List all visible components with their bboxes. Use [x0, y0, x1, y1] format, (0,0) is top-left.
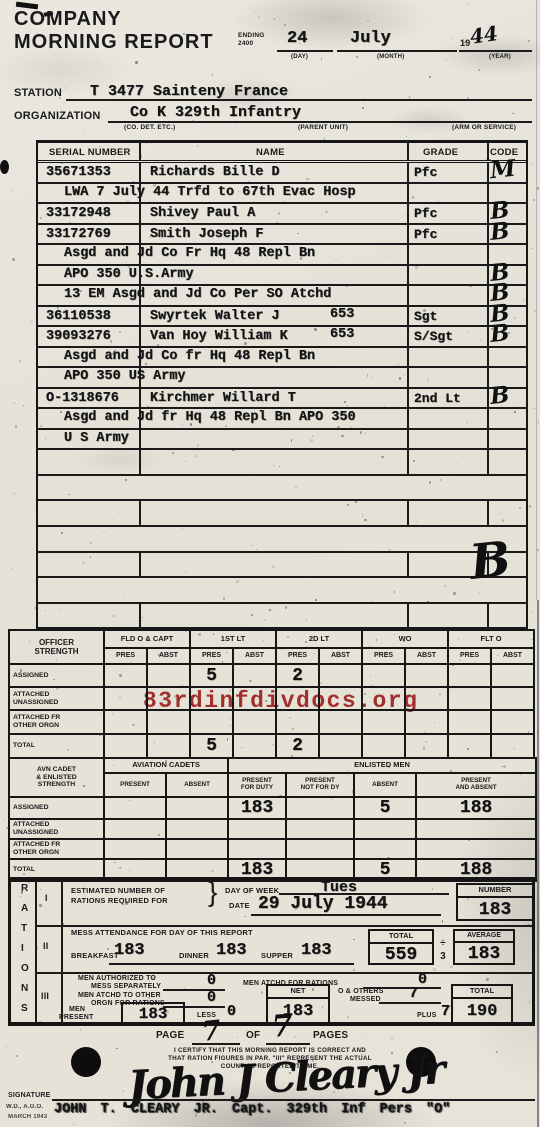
paper-speckle — [23, 405, 24, 406]
grade: Pfc — [414, 207, 437, 220]
blank-line — [379, 1002, 441, 1004]
enlisted-strength-value: 183 — [228, 797, 286, 819]
roster-row-entry: 39093276Van Hoy William K653S/SgtB — [38, 327, 526, 348]
column-divider — [139, 604, 141, 628]
paper-speckle — [80, 1029, 81, 1030]
paper-speckle — [16, 1055, 18, 1057]
estimated-rations-label-1: ESTIMATED NUMBER OF — [71, 887, 165, 895]
pres-abst-header: PRES — [362, 648, 405, 664]
column-divider — [407, 501, 409, 525]
rations-side-letter: A — [21, 904, 28, 914]
column-divider — [139, 307, 141, 326]
paper-speckle — [12, 258, 14, 260]
paper-speckle — [537, 187, 539, 189]
paper-speckle — [135, 61, 138, 64]
paper-speckle — [356, 56, 358, 59]
page-number: 7 — [201, 1017, 223, 1046]
others-messed-label-1: O & OTHERS — [338, 988, 384, 995]
serial-number: 35671353 — [46, 166, 111, 180]
officer-strength-value — [233, 734, 276, 758]
roster-row-continuation: 13 EM Asgd and Jd Co Per SO AtchdB — [38, 286, 526, 307]
grade: S/Sgt — [414, 330, 453, 343]
paper-speckle — [429, 76, 431, 78]
officer-strength-value — [276, 687, 319, 710]
paper-speckle — [528, 40, 529, 42]
serial-number: 39093276 — [46, 330, 111, 344]
rations-side-letter: R — [21, 884, 28, 894]
enlisted-column-header: ABSENT — [166, 773, 228, 797]
month-blank-line — [337, 50, 457, 52]
day-sublabel: (DAY) — [291, 54, 308, 60]
others-messed-label-2: MESSED — [350, 996, 381, 1003]
number-box-value: 183 — [458, 898, 532, 920]
paper-speckle — [321, 58, 322, 59]
divide-by-three: ÷ 3 — [437, 937, 449, 963]
soldier-name: Shivey Paul A — [150, 207, 255, 221]
report-year: 44 — [469, 23, 499, 47]
officer-strength-value: 5 — [190, 734, 233, 758]
column-divider — [139, 450, 141, 474]
officer-row-label: ATTACHED FROTHER ORGN — [9, 710, 104, 734]
report-month: July — [350, 30, 391, 47]
roster-row-empty — [38, 501, 526, 527]
enlisted-men-header: ENLISTED MEN — [228, 758, 536, 773]
officer-strength-value — [491, 710, 534, 734]
paper-speckle — [65, 87, 67, 89]
pres-abst-header: PRES — [190, 648, 233, 664]
pres-abst-header: ABST — [405, 648, 448, 664]
roster-row-entry: 36110538Swyrtek Walter J653SgtB — [38, 307, 526, 328]
ending-label: ENDING — [238, 33, 264, 40]
column-divider — [139, 204, 141, 223]
men-present-label-2: PRESENT — [59, 1014, 93, 1021]
officer-strength-value — [104, 710, 147, 734]
column-divider — [407, 266, 409, 285]
plus-label: PLUS — [417, 1012, 436, 1019]
column-divider — [407, 604, 409, 628]
paper-speckle — [254, 11, 255, 12]
code-handwritten: B — [489, 219, 511, 244]
meals-underline — [109, 963, 354, 965]
enlisted-strength-value: 5 — [354, 797, 416, 819]
paper-speckle — [14, 402, 15, 403]
pages-total: 7 — [271, 1011, 294, 1042]
scan-edge-line — [536, 0, 537, 600]
form-title-line1: COMPANY — [14, 9, 122, 29]
officer-strength-value — [362, 687, 405, 710]
column-divider — [487, 348, 489, 367]
paper-speckle — [11, 190, 13, 191]
grade: Pfc — [414, 228, 437, 241]
officer-strength-value — [147, 710, 190, 734]
column-divider — [487, 501, 489, 525]
column-divider — [139, 389, 141, 408]
paper-speckle — [19, 360, 22, 362]
paper-speckle — [532, 164, 533, 165]
rations-section: RATIONS I II III ESTIMATED NUMBER OF RAT… — [8, 877, 535, 1026]
remark-text: LWA 7 July 44 Trfd to 67th Evac Hosp — [64, 186, 356, 200]
paper-speckle — [406, 136, 407, 137]
rations-numeral-2: II — [43, 942, 48, 951]
rations-side-letter: S — [21, 1004, 28, 1014]
officer-strength-value — [190, 710, 233, 734]
enlisted-strength-value — [104, 819, 166, 839]
paper-speckle — [532, 612, 533, 613]
column-divider — [407, 225, 409, 244]
station-value: T 3477 Sainteny France — [90, 84, 288, 99]
scan-artifact-mark — [0, 160, 9, 174]
roster-header-row: SERIAL NUMBER NAME GRADE CODE — [38, 143, 526, 163]
soldier-name: Kirchmer Willard T — [150, 392, 296, 406]
roster-row-empty — [38, 578, 526, 604]
rations-numeral-1: I — [45, 894, 48, 903]
code-handwritten: M — [489, 157, 517, 183]
paper-speckle — [116, 1048, 118, 1050]
officer-strength-value: 5 — [190, 664, 233, 687]
paper-speckle — [538, 421, 540, 423]
enlisted-strength-value — [228, 819, 286, 839]
signature-line — [52, 1099, 535, 1101]
officer-strength-value — [104, 734, 147, 758]
column-divider — [407, 450, 409, 474]
paper-speckle — [533, 199, 535, 201]
punch-hole-left — [71, 1047, 101, 1077]
officer-strength-value — [448, 687, 491, 710]
code-handwritten: B — [468, 535, 513, 587]
roster-row-entry: 35671353Richards Bille DPfcM — [38, 163, 526, 184]
officer-strength-value — [362, 664, 405, 687]
paper-speckle — [364, 1038, 365, 1039]
supper-label: SUPPER — [261, 952, 293, 960]
officer-strength-value — [147, 734, 190, 758]
enlisted-strength-value — [166, 819, 228, 839]
paper-speckle — [391, 1037, 393, 1039]
plus-value: 7 — [441, 1004, 450, 1019]
officer-group-header: 1ST LT — [190, 630, 276, 648]
year-prefix: 19 — [460, 39, 470, 48]
column-divider — [487, 409, 489, 428]
roster-row-empty — [38, 476, 526, 502]
enlisted-column-header: PRESENTNOT FOR DY — [286, 773, 354, 797]
mess-total-label: TOTAL — [370, 931, 432, 944]
paper-speckle — [496, 1051, 497, 1053]
column-divider — [407, 143, 409, 160]
atchd-for-rations-value: 0 — [418, 972, 427, 987]
roster-row-continuation: Asgd and Jd Co fr Hq 48 Repl Bn — [38, 348, 526, 369]
enlisted-strength-corner-label: AVN CADET& ENLISTEDSTRENGTH — [9, 758, 104, 797]
paper-speckle — [212, 74, 214, 76]
pres-abst-header: ABST — [233, 648, 276, 664]
station-label: STATION — [14, 88, 62, 99]
col-header-grade: GRADE — [423, 148, 458, 158]
rations-side-letter: T — [21, 924, 27, 934]
enlisted-strength-value — [166, 839, 228, 859]
paper-speckle — [452, 38, 453, 39]
column-divider — [407, 430, 409, 449]
soldier-name: Swyrtek Walter J — [150, 310, 280, 324]
officer-strength-value — [405, 710, 448, 734]
number-box-label: NUMBER — [458, 885, 532, 898]
men-present-label-1: MEN — [69, 1006, 85, 1013]
enlisted-row-label: ATTACHED FROTHER ORGN — [9, 839, 104, 859]
officer-group-header: 2D LT — [276, 630, 362, 648]
enlisted-column-header: ABSENT — [354, 773, 416, 797]
paper-speckle — [4, 820, 6, 821]
paper-speckle — [537, 549, 539, 551]
enlisted-strength-value — [104, 839, 166, 859]
roster-row-empty: B — [38, 553, 526, 579]
of-label: OF — [246, 1031, 260, 1041]
rations-date-value: 29 July 1944 — [258, 895, 388, 913]
serial-number: 33172948 — [46, 207, 111, 221]
organization-blank-line — [108, 121, 532, 123]
roster-row-continuation: Asgd and Jd Co Fr Hq 48 Repl Bn — [38, 245, 526, 266]
paper-speckle — [367, 20, 369, 22]
paper-speckle — [258, 16, 260, 18]
rations-total-box: TOTAL 190 — [451, 984, 513, 1024]
paper-speckle — [34, 507, 35, 508]
org-sublabel-parent: (PARENT UNIT) — [298, 125, 348, 132]
serial-number: O-1318676 — [46, 392, 119, 406]
supper-value: 183 — [301, 942, 332, 959]
enlisted-row-label: ATTACHEDUNASSIGNED — [9, 819, 104, 839]
page-label: PAGE — [156, 1031, 184, 1041]
enlisted-strength-value — [286, 839, 354, 859]
mess-separately-value: 0 — [207, 973, 216, 988]
paper-speckle — [478, 69, 480, 71]
day-blank-line — [277, 50, 333, 52]
grade: Pfc — [414, 166, 437, 179]
roster-table: SERIAL NUMBER NAME GRADE CODE 35671353Ri… — [36, 140, 528, 629]
code-handwritten: B — [489, 383, 511, 408]
paper-speckle — [5, 1046, 6, 1047]
grade: Sgt — [414, 310, 437, 323]
form-reference-2: MARCH 1943 — [8, 1114, 47, 1120]
rations-total-label: TOTAL — [453, 986, 511, 999]
paper-speckle — [237, 1037, 238, 1038]
officer-strength-value — [319, 687, 362, 710]
breakfast-value: 183 — [114, 942, 145, 959]
paper-speckle — [404, 1122, 405, 1123]
paper-speckle — [529, 460, 530, 461]
officer-strength-value — [147, 687, 190, 710]
remark-text: APO 350 U.S.Army — [64, 268, 194, 282]
paper-speckle — [122, 1090, 124, 1093]
mess-total-value: 559 — [370, 944, 432, 965]
aviation-cadets-header: AVIATION CADETS — [104, 758, 228, 773]
officer-group-header: FLD O & CAPT — [104, 630, 190, 648]
net-label: NET — [268, 986, 328, 999]
officer-strength-value — [362, 734, 405, 758]
estimated-rations-label-2: RATIONS REQUIRED FOR — [71, 897, 168, 905]
morning-report-document: COMPANY MORNING REPORT ENDING 2400 24 Ju… — [0, 0, 540, 1127]
enlisted-column-header: PRESENT — [104, 773, 166, 797]
paper-speckle — [294, 1036, 296, 1038]
officer-strength-corner-label: OFFICERSTRENGTH — [9, 630, 104, 664]
paper-speckle — [31, 320, 33, 323]
paper-speckle — [236, 123, 237, 124]
column-divider — [407, 327, 409, 346]
soldier-name: Smith Joseph F — [150, 228, 263, 242]
enlisted-strength-value — [354, 819, 416, 839]
officer-row-label: TOTAL — [9, 734, 104, 758]
serial-number: 36110538 — [46, 310, 111, 324]
remark-text: APO 350 US Army — [64, 370, 186, 384]
grade: 2nd Lt — [414, 392, 461, 405]
officer-strength-value — [276, 710, 319, 734]
column-divider — [407, 368, 409, 387]
enlisted-strength-value — [104, 797, 166, 819]
code-handwritten: B — [489, 321, 511, 346]
officer-group-header: FLT O — [448, 630, 534, 648]
column-divider — [139, 163, 141, 182]
enlisted-strength-value — [416, 819, 536, 839]
organization-label: ORGANIZATION — [14, 111, 101, 122]
remark-text: 13 EM Asgd and Jd Co Per SO Atchd — [64, 288, 331, 302]
paper-speckle — [55, 55, 56, 56]
rations-row-divider — [35, 925, 532, 927]
column-divider — [407, 389, 409, 408]
pres-abst-header: PRES — [276, 648, 319, 664]
paper-speckle — [446, 59, 447, 60]
enlisted-strength-table: AVN CADET& ENLISTEDSTRENGTHAVIATION CADE… — [8, 757, 537, 882]
column-divider — [139, 327, 141, 346]
paper-speckle — [84, 135, 85, 136]
ending-time: 2400 — [238, 41, 253, 48]
report-day: 24 — [287, 30, 307, 47]
paper-speckle — [12, 568, 14, 569]
brace-glyph: } — [208, 878, 218, 906]
column-divider — [139, 553, 141, 577]
mess-separately-label-1: MEN AUTHORIZED TO — [78, 975, 156, 982]
enlisted-strength-value — [354, 839, 416, 859]
organization-value: Co K 329th Infantry — [130, 105, 301, 120]
column-divider — [487, 604, 489, 628]
paper-speckle — [15, 425, 18, 427]
paper-speckle — [10, 548, 11, 550]
column-divider — [407, 286, 409, 305]
less-value: 0 — [227, 1004, 236, 1019]
paper-speckle — [532, 248, 533, 249]
paper-speckle — [362, 107, 364, 109]
enlisted-strength-value: 188 — [416, 797, 536, 819]
form-reference-1: W.D., A.G.O. — [6, 1104, 43, 1110]
rations-side-letter: N — [21, 984, 28, 994]
officer-strength-value — [405, 687, 448, 710]
station-blank-line — [66, 99, 532, 101]
dinner-value: 183 — [216, 942, 247, 959]
column-divider — [407, 204, 409, 223]
roster-row-entry: O-1318676Kirchmer Willard T2nd LtB — [38, 389, 526, 410]
pres-abst-header: PRES — [448, 648, 491, 664]
rations-numeral-3: III — [41, 992, 49, 1001]
officer-strength-value: 2 — [276, 734, 319, 758]
remark-text: Asgd and Jd Co Fr Hq 48 Repl Bn — [64, 247, 315, 261]
roster-row-entry: 33172769Smith Joseph FPfcB — [38, 225, 526, 246]
roster-row-empty — [38, 450, 526, 476]
officer-strength-value — [448, 710, 491, 734]
breakfast-label: BREAKFAST — [71, 952, 119, 960]
officer-strength-value — [405, 664, 448, 687]
enlisted-column-header: PRESENTAND ABSENT — [416, 773, 536, 797]
average-value: 183 — [455, 943, 513, 964]
rations-side-letter: O — [21, 964, 29, 974]
officer-strength-value — [147, 664, 190, 687]
scan-edge-line — [537, 600, 539, 1127]
org-sublabel-arm: (ARM OR SERVICE) — [452, 125, 516, 132]
roster-row-empty — [38, 604, 526, 630]
roster-row-entry: 33172948Shivey Paul APfcB — [38, 204, 526, 225]
column-divider — [139, 225, 141, 244]
soldier-name: Richards Bille D — [150, 166, 280, 180]
soldier-name: Van Hoy William K — [150, 330, 288, 344]
column-divider — [407, 163, 409, 182]
rations-letter-divider — [35, 880, 37, 1022]
signature-typed-name: JOHN T. CLEARY JR. Capt. 329th Inf Pers … — [54, 1103, 450, 1117]
pages-label: PAGES — [313, 1031, 348, 1041]
remark-text: Asgd and Jd Co fr Hq 48 Repl Bn — [64, 350, 315, 364]
roster-row-continuation: Asgd and Jd fr Hq 48 Repl Bn APO 350 — [38, 409, 526, 430]
paper-speckle — [197, 1039, 198, 1040]
year-blank-line — [459, 50, 532, 52]
enlisted-strength-value — [416, 839, 536, 859]
rations-row-divider — [35, 972, 532, 974]
paper-speckle — [467, 3, 468, 4]
roster-row-continuation: APO 350 U.S.ArmyB — [38, 266, 526, 287]
mess-separately-label-2: MESS SEPARATELY — [91, 983, 161, 990]
officer-group-header: WO — [362, 630, 448, 648]
officer-row-label: ATTACHEDUNASSIGNED — [9, 687, 104, 710]
roster-rows: 35671353Richards Bille DPfcMLWA 7 July 4… — [38, 163, 526, 630]
column-divider — [487, 450, 489, 474]
column-divider — [487, 430, 489, 449]
dinner-label: DINNER — [179, 952, 209, 960]
mess-total-box: TOTAL 559 — [368, 929, 434, 965]
remark-text: Asgd and Jd fr Hq 48 Repl Bn APO 350 — [64, 411, 356, 425]
officer-strength-value — [405, 734, 448, 758]
officer-strength-value — [362, 710, 405, 734]
rations-side-letter: I — [21, 944, 24, 954]
enlisted-strength-value — [286, 797, 354, 819]
column-divider — [139, 501, 141, 525]
officer-strength-value — [233, 664, 276, 687]
column-divider — [407, 184, 409, 203]
serial-number: 33172769 — [46, 228, 111, 242]
roster-row-continuation: LWA 7 July 44 Trfd to 67th Evac Hosp — [38, 184, 526, 205]
column-divider — [139, 143, 141, 160]
date-label: DATE — [229, 902, 250, 910]
officer-strength-value — [233, 710, 276, 734]
officer-strength-value — [233, 687, 276, 710]
officer-strength-value — [448, 734, 491, 758]
officer-strength-value — [491, 734, 534, 758]
paper-speckle — [20, 292, 21, 293]
officer-strength-value — [448, 664, 491, 687]
col-header-name: NAME — [256, 148, 285, 158]
men-present-value: 183 — [123, 1004, 183, 1023]
officer-strength-value — [104, 687, 147, 710]
enlisted-column-header: PRESENTFOR DUTY — [228, 773, 286, 797]
org-sublabel-co: (CO. DET. ETC.) — [124, 125, 175, 132]
paper-speckle — [63, 102, 64, 103]
atchd-other-value: 0 — [207, 990, 216, 1005]
rations-total-value: 190 — [453, 999, 511, 1021]
roster-row-continuation: U S Army — [38, 430, 526, 451]
paper-speckle — [284, 24, 287, 26]
mos-number: 653 — [330, 328, 354, 342]
column-divider — [139, 430, 141, 449]
column-divider — [407, 245, 409, 264]
